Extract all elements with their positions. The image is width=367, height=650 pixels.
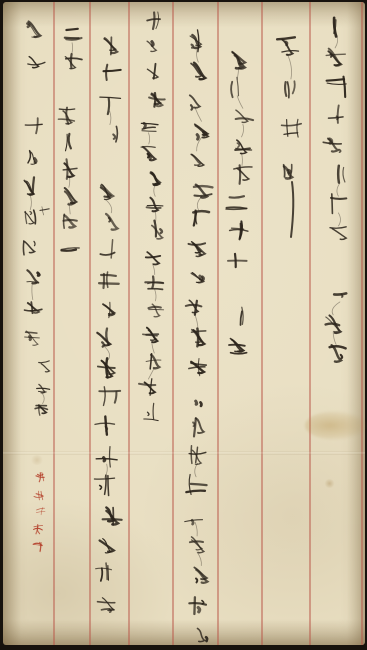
calligraphy-letter-photo: 惺吾先生大人有道 昨晚聆 大教並拜 尊茗之賜感謝無既 又以 先賜貞元釋教錄及石印…: [0, 0, 367, 650]
column-thanks: 尊茗之賜感謝無既 又以: [227, 45, 253, 360]
column-rubbing-request: 拾賜均荷 石印尤精拓本一紙又殊書題跋呈求: [95, 30, 121, 618]
column-salutation: 大教並拜: [277, 25, 304, 192]
stationery-red-mark: 天樂生監製: [33, 468, 46, 556]
column-hundred-volumes: 百冊之錫為厚賜感佩莫名遣力走領祈: [140, 8, 164, 426]
column-book-titles: 先賜貞元釋教錄及石印董美人墓誌悲盦字記等書: [185, 26, 211, 648]
inserted-character: 刺: [40, 200, 52, 220]
column-closing: 囑存 肅此敬申虔叩: [60, 22, 85, 262]
calligraphy-strokes: [0, 0, 367, 650]
column-blessing-daoan: 道安: [23, 12, 50, 80]
column-signature: 後學羅振玉再拜上: [19, 112, 42, 352]
column-opening-address: 惺吾先生大人有道 昨晚聆: [323, 12, 350, 368]
column-date: 初八日: [34, 356, 52, 420]
